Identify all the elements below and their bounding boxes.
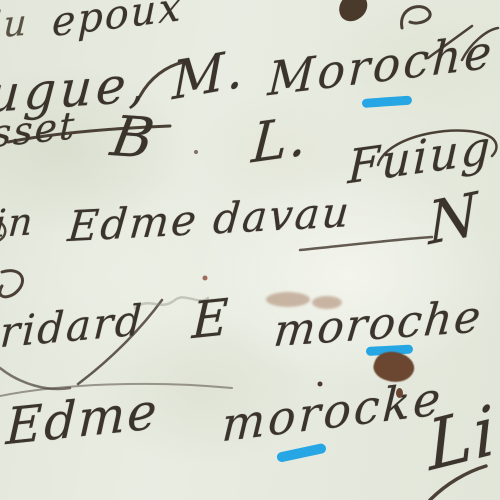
- word-line3-fragment: sset: [0, 103, 77, 156]
- word-ridard: ridard: [0, 295, 145, 357]
- flourish-top-right-curl: [402, 7, 431, 28]
- word-edme: Edme: [5, 382, 160, 457]
- word-line6-fragment: Li: [425, 390, 499, 487]
- highlight-underline-morocke-3: [276, 443, 327, 463]
- ink-blot-dot: [396, 388, 403, 398]
- ink-speck-red: [203, 276, 208, 281]
- word-edme-davau: Edme davau: [66, 187, 353, 251]
- ink-smudge-2: [312, 296, 342, 309]
- flourish-bottom-left-arc: [0, 368, 70, 389]
- word-morocke: morocke: [221, 370, 445, 452]
- flourish-davau-tail: [300, 237, 432, 250]
- word-initial-l: L.: [250, 103, 311, 175]
- ink-smudge-1: [266, 292, 310, 307]
- word-line1-fragment: lu: [0, 2, 30, 47]
- manuscript-scan: lu epoux ugue, M. Moroche sset B L. Fuiu…: [0, 0, 500, 500]
- ink-blot-top-right: [334, 0, 373, 26]
- word-initial-m: M.: [172, 39, 245, 113]
- flourish-left-curl: [0, 271, 23, 297]
- word-line4-fragment: in: [0, 199, 36, 246]
- ink-speck-1: [194, 150, 198, 154]
- highlight-underline-moroche-1: [362, 96, 413, 108]
- word-moroche-1: Moroche: [267, 24, 496, 107]
- word-letter-n: N: [427, 179, 481, 259]
- word-initial-e: E: [191, 288, 231, 351]
- word-epoux: epoux: [52, 0, 184, 46]
